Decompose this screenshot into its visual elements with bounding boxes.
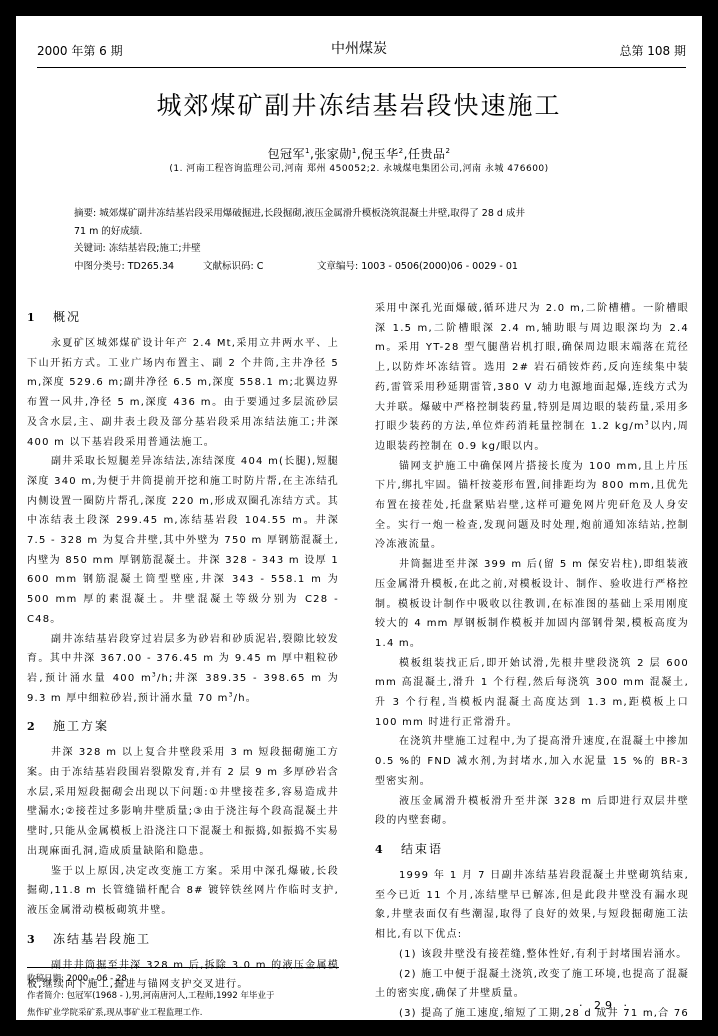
journal-page: 2000 年第 6 期 中州煤炭 总第 108 期 城郊煤矿副井冻结基岩段快速施… [16,16,702,1020]
author-affiliation-mark: 2 [445,147,450,155]
section-number: 4 [375,841,401,859]
author-name: 任贵品 [408,147,446,161]
article-number: 文章编号: 1003 - 0506(2000)06 - 0029 - 01 [317,258,518,276]
paragraph: 永夏矿区城郊煤矿设计年产 2.4 Mt,采用立井两水平、上下山开拓方式。工业广场… [27,334,339,452]
document-code: 文献标识码: C [203,258,317,276]
author-affiliation-mark: 1 [352,147,357,155]
section-title: 冻结基岩段施工 [53,932,151,946]
header-rule [37,67,686,68]
right-column: 采用中深孔光面爆破,循环进尺为 2.0 m,二阶槽槽。一阶槽眼深 1.5 m,二… [375,299,689,1036]
section-number: 1 [27,309,53,327]
left-column: 1概况 永夏矿区城郊煤矿设计年产 2.4 Mt,采用立井两水平、上下山开拓方式。… [27,298,339,995]
section-number: 2 [27,718,53,736]
section-title: 结束语 [401,842,443,856]
abstract-line: 摘要: 城郊煤矿副井冻结基岩段采用爆破掘进,长段掘砌,液压金属滑升模板浇筑混凝土… [74,205,664,223]
section-title: 施工方案 [53,719,109,733]
section-heading: 4结束语 [375,840,689,859]
paragraph: 井筒掘进至井深 399 m 后(留 5 m 保安岩柱),即组装液压金属滑升模板,… [375,555,689,654]
list-item: (3) 提高了施工速度,缩短了工期,28 d 成井 71 m,合 76 m/月,… [375,1004,689,1036]
list-item: (2) 施工中便于混凝土浇筑,改变了施工环境,也提高了混凝土的密实度,确保了井壁… [375,965,689,1004]
paragraph: 井深 328 m 以上复合井壁段采用 3 m 短段掘砌施工方案。由于冻结基岩段围… [27,743,339,861]
section-number: 3 [27,931,53,949]
paragraph: 副井采取长短腿差异冻结法,冻结深度 404 m(长腿),短腿深度 340 m,为… [27,452,339,629]
paragraph: 在浇筑井壁施工过程中,为了提高滑升速度,在混凝土中掺加 0.5 %的 FND 减… [375,732,689,791]
section-heading: 3冻结基岩段施工 [27,930,339,949]
abstract-line: 71 m 的好成绩. [74,223,664,241]
paragraph: 1999 年 1 月 7 日副井冻结基岩段混凝土井壁砌筑结束,至今已近 11 个… [375,866,689,945]
paragraph: 锚网支护施工中确保网片搭接长度为 100 mm,且上片压下片,绑扎牢固。锚杆按菱… [375,457,689,556]
text-run: /h。 [234,693,257,704]
footnotes: 收稿日期: 2000 - 06 - 28 作者简介: 包冠军(1968 - ),… [27,971,357,1022]
header-total-issue: 总第 108 期 [619,43,686,59]
classification-row: 中图分类号: TD265.34文献标识码: C文章编号: 1003 - 0506… [74,258,664,276]
author-list: 包冠军1,张家勋1,倪玉华2,任贵品2 [16,143,702,162]
section-heading: 2施工方案 [27,717,339,736]
paragraph: 模板组装找正后,即开始试滑,先根井壁段浇筑 2 层 600 mm 高混凝土,滑升… [375,654,689,733]
author-name: 包冠军 [268,147,306,161]
author-affiliation-mark: 1 [305,147,310,155]
keywords: 关键词: 冻结基岩段;施工;井壁 [74,240,664,258]
paragraph: 鉴于以上原因,决定改变施工方案。采用中深孔爆破,长段掘砌,11.8 m 长管缝锚… [27,862,339,921]
author-bio: 焦作矿业学院采矿系,现从事矿业工程监理工作. [27,1005,357,1022]
section-title: 概况 [53,310,81,324]
header-journal-name: 中州煤炭 [16,41,702,57]
author-affiliation-mark: 2 [399,147,404,155]
list-item: (1) 该段井壁没有接茬缝,整体性好,有利于封堵围岩涌水。 [375,945,689,965]
article-title: 城郊煤矿副井冻结基岩段快速施工 [16,90,702,122]
author-name: 倪玉华 [361,147,399,161]
author-bio: 作者简介: 包冠军(1968 - ),男,河南唐河人,工程师,1992 年毕业于 [27,988,357,1005]
author-name: 张家勋 [314,147,352,161]
paragraph: 副井冻结基岩段穿过岩层多为砂岩和砂质泥岩,裂隙比较发育。其中井深 367.00 … [27,630,339,709]
footnote-rule [27,967,339,968]
paragraph: 采用中深孔光面爆破,循环进尺为 2.0 m,二阶槽槽。一阶槽眼深 1.5 m,二… [375,299,689,457]
page-number: · 29 · [579,999,631,1012]
text-run: 采用中深孔光面爆破,循环进尺为 2.0 m,二阶槽槽。一阶槽眼深 1.5 m,二… [375,303,689,432]
section-heading: 1概况 [27,308,339,327]
received-date: 收稿日期: 2000 - 06 - 28 [27,971,357,988]
paragraph: 液压金属滑升模板滑升至井深 328 m 后即进行双层井壁段的内壁套砌。 [375,792,689,831]
affiliations: (1. 河南工程咨询监理公司,河南 郑州 450052;2. 永城煤电集团公司,… [16,163,702,175]
abstract-block: 摘要: 城郊煤矿副井冻结基岩段采用爆破掘进,长段掘砌,液压金属滑升模板浇筑混凝土… [74,205,664,275]
clc-number: 中图分类号: TD265.34 [74,258,203,276]
